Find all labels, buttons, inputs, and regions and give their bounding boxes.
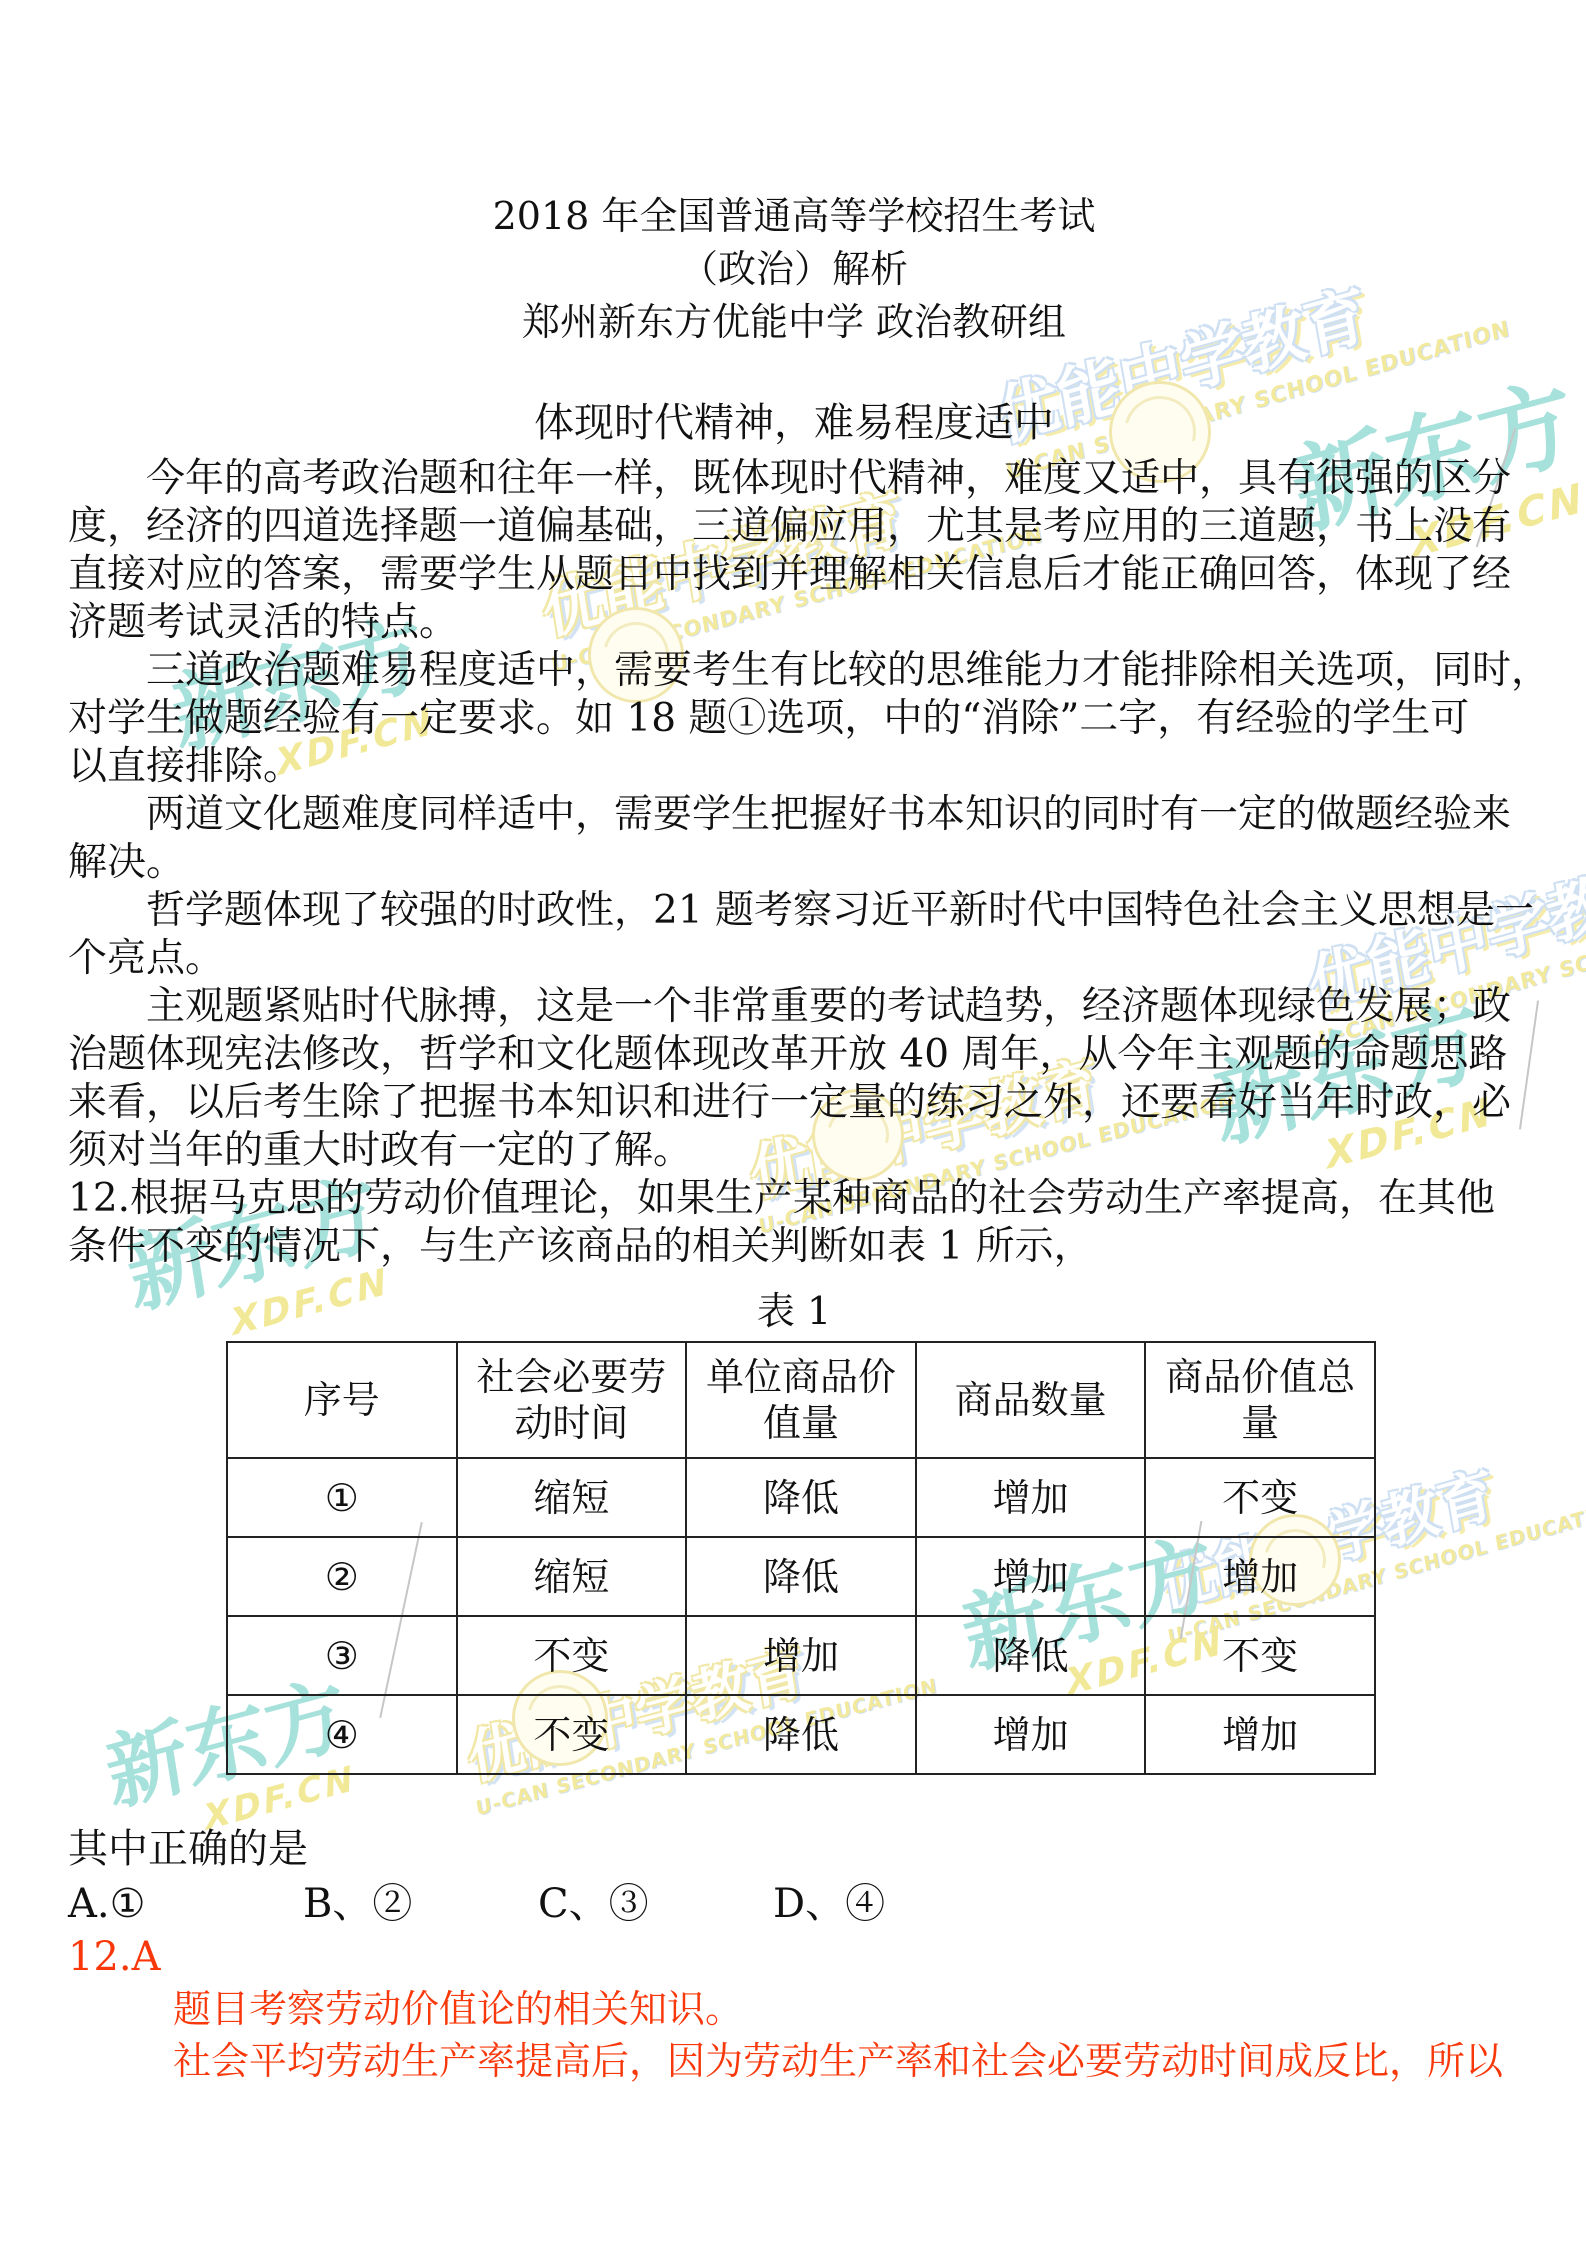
cell: 不变 [1145, 1616, 1375, 1695]
option-b: B、② [303, 1879, 538, 1929]
cell: 缩短 [457, 1537, 687, 1616]
cell: 缩短 [457, 1458, 687, 1537]
header-cell-quantity: 商品数量 [916, 1342, 1146, 1458]
cell: 降低 [686, 1695, 916, 1774]
option-c: C、③ [538, 1879, 773, 1929]
cell: 降低 [686, 1458, 916, 1537]
doc-title-line2: （政治）解析 [68, 243, 1520, 296]
cell: ③ [227, 1616, 457, 1695]
table-row: ③ 不变 增加 降低 不变 [227, 1616, 1375, 1695]
answer-explanation-line2: 社会平均劳动生产率提高后，因为劳动生产率和社会必要劳动时间成反比，所以 [173, 2035, 1520, 2087]
title-block: 2018 年全国普通高等学校招生考试 （政治）解析 郑州新东方优能中学 政治教研… [68, 0, 1520, 349]
options-row: A.①B、②C、③D、④ [68, 1879, 1520, 1929]
cell: 不变 [1145, 1458, 1375, 1537]
cell: 降低 [916, 1616, 1146, 1695]
option-d: D、④ [773, 1879, 1008, 1929]
paragraph-4: 哲学题体现了较强的时政性，21 题考察习近平新时代中国特色社会主义思想是一个亮点… [68, 887, 1520, 983]
question-12-intro: 12.根据马克思的劳动价值理论，如果生产某种商品的社会劳动生产率提高，在其他条件… [68, 1175, 1520, 1271]
header-cell-unit-value: 单位商品价值量 [686, 1342, 916, 1458]
table-caption: 表 1 [68, 1287, 1520, 1335]
cell: 降低 [686, 1537, 916, 1616]
cell: ④ [227, 1695, 457, 1774]
document-content: 2018 年全国普通高等学校招生考试 （政治）解析 郑州新东方优能中学 政治教研… [0, 0, 1586, 2087]
doc-title-line3: 郑州新东方优能中学 政治教研组 [68, 296, 1520, 349]
doc-title-line1: 2018 年全国普通高等学校招生考试 [68, 190, 1520, 243]
document-page: 优能中学教育 U-CAN SECONDARY SCHOOL EDUCATION … [0, 0, 1586, 2245]
table-header-row: 序号 社会必要劳动时间 单位商品价值量 商品数量 商品价值总量 [227, 1342, 1375, 1458]
table-row: ④ 不变 降低 增加 增加 [227, 1695, 1375, 1774]
cell: 增加 [916, 1458, 1146, 1537]
cell: 不变 [457, 1616, 687, 1695]
table-row: ② 缩短 降低 增加 增加 [227, 1537, 1375, 1616]
cell: ① [227, 1458, 457, 1537]
section-subtitle: 体现时代精神，难易程度适中 [68, 399, 1520, 447]
cell: ② [227, 1537, 457, 1616]
cell: 不变 [457, 1695, 687, 1774]
paragraph-2: 三道政治题难易程度适中，需要考生有比较的思维能力才能排除相关选项，同时，对学生做… [68, 647, 1520, 791]
table-row: ① 缩短 降低 增加 不变 [227, 1458, 1375, 1537]
cell: 增加 [1145, 1695, 1375, 1774]
paragraph-3: 两道文化题难度同样适中，需要学生把握好书本知识的同时有一定的做题经验来解决。 [68, 791, 1520, 887]
analysis-body: 今年的高考政治题和往年一样，既体现时代精神，难度又适中，具有很强的区分度，经济的… [68, 455, 1520, 1271]
cell: 增加 [1145, 1537, 1375, 1616]
header-cell-total-value: 商品价值总量 [1145, 1342, 1375, 1458]
question-prompt: 其中正确的是 [68, 1825, 1520, 1873]
cell: 增加 [916, 1695, 1146, 1774]
header-cell-serial: 序号 [227, 1342, 457, 1458]
header-cell-labor-time: 社会必要劳动时间 [457, 1342, 687, 1458]
answer-explanation: 题目考察劳动价值论的相关知识。 社会平均劳动生产率提高后，因为劳动生产率和社会必… [68, 1983, 1520, 2087]
paragraph-5: 主观题紧贴时代脉搏，这是一个非常重要的考试趋势，经济题体现绿色发展；政治题体现宪… [68, 983, 1520, 1175]
option-a: A.① [68, 1879, 303, 1929]
paragraph-1: 今年的高考政治题和往年一样，既体现时代精神，难度又适中，具有很强的区分度，经济的… [68, 455, 1520, 647]
answer-label: 12.A [68, 1931, 1520, 1983]
cell: 增加 [686, 1616, 916, 1695]
question-table: 序号 社会必要劳动时间 单位商品价值量 商品数量 商品价值总量 ① 缩短 降低 … [226, 1341, 1376, 1775]
cell: 增加 [916, 1537, 1146, 1616]
answer-explanation-line1: 题目考察劳动价值论的相关知识。 [173, 1983, 1520, 2035]
